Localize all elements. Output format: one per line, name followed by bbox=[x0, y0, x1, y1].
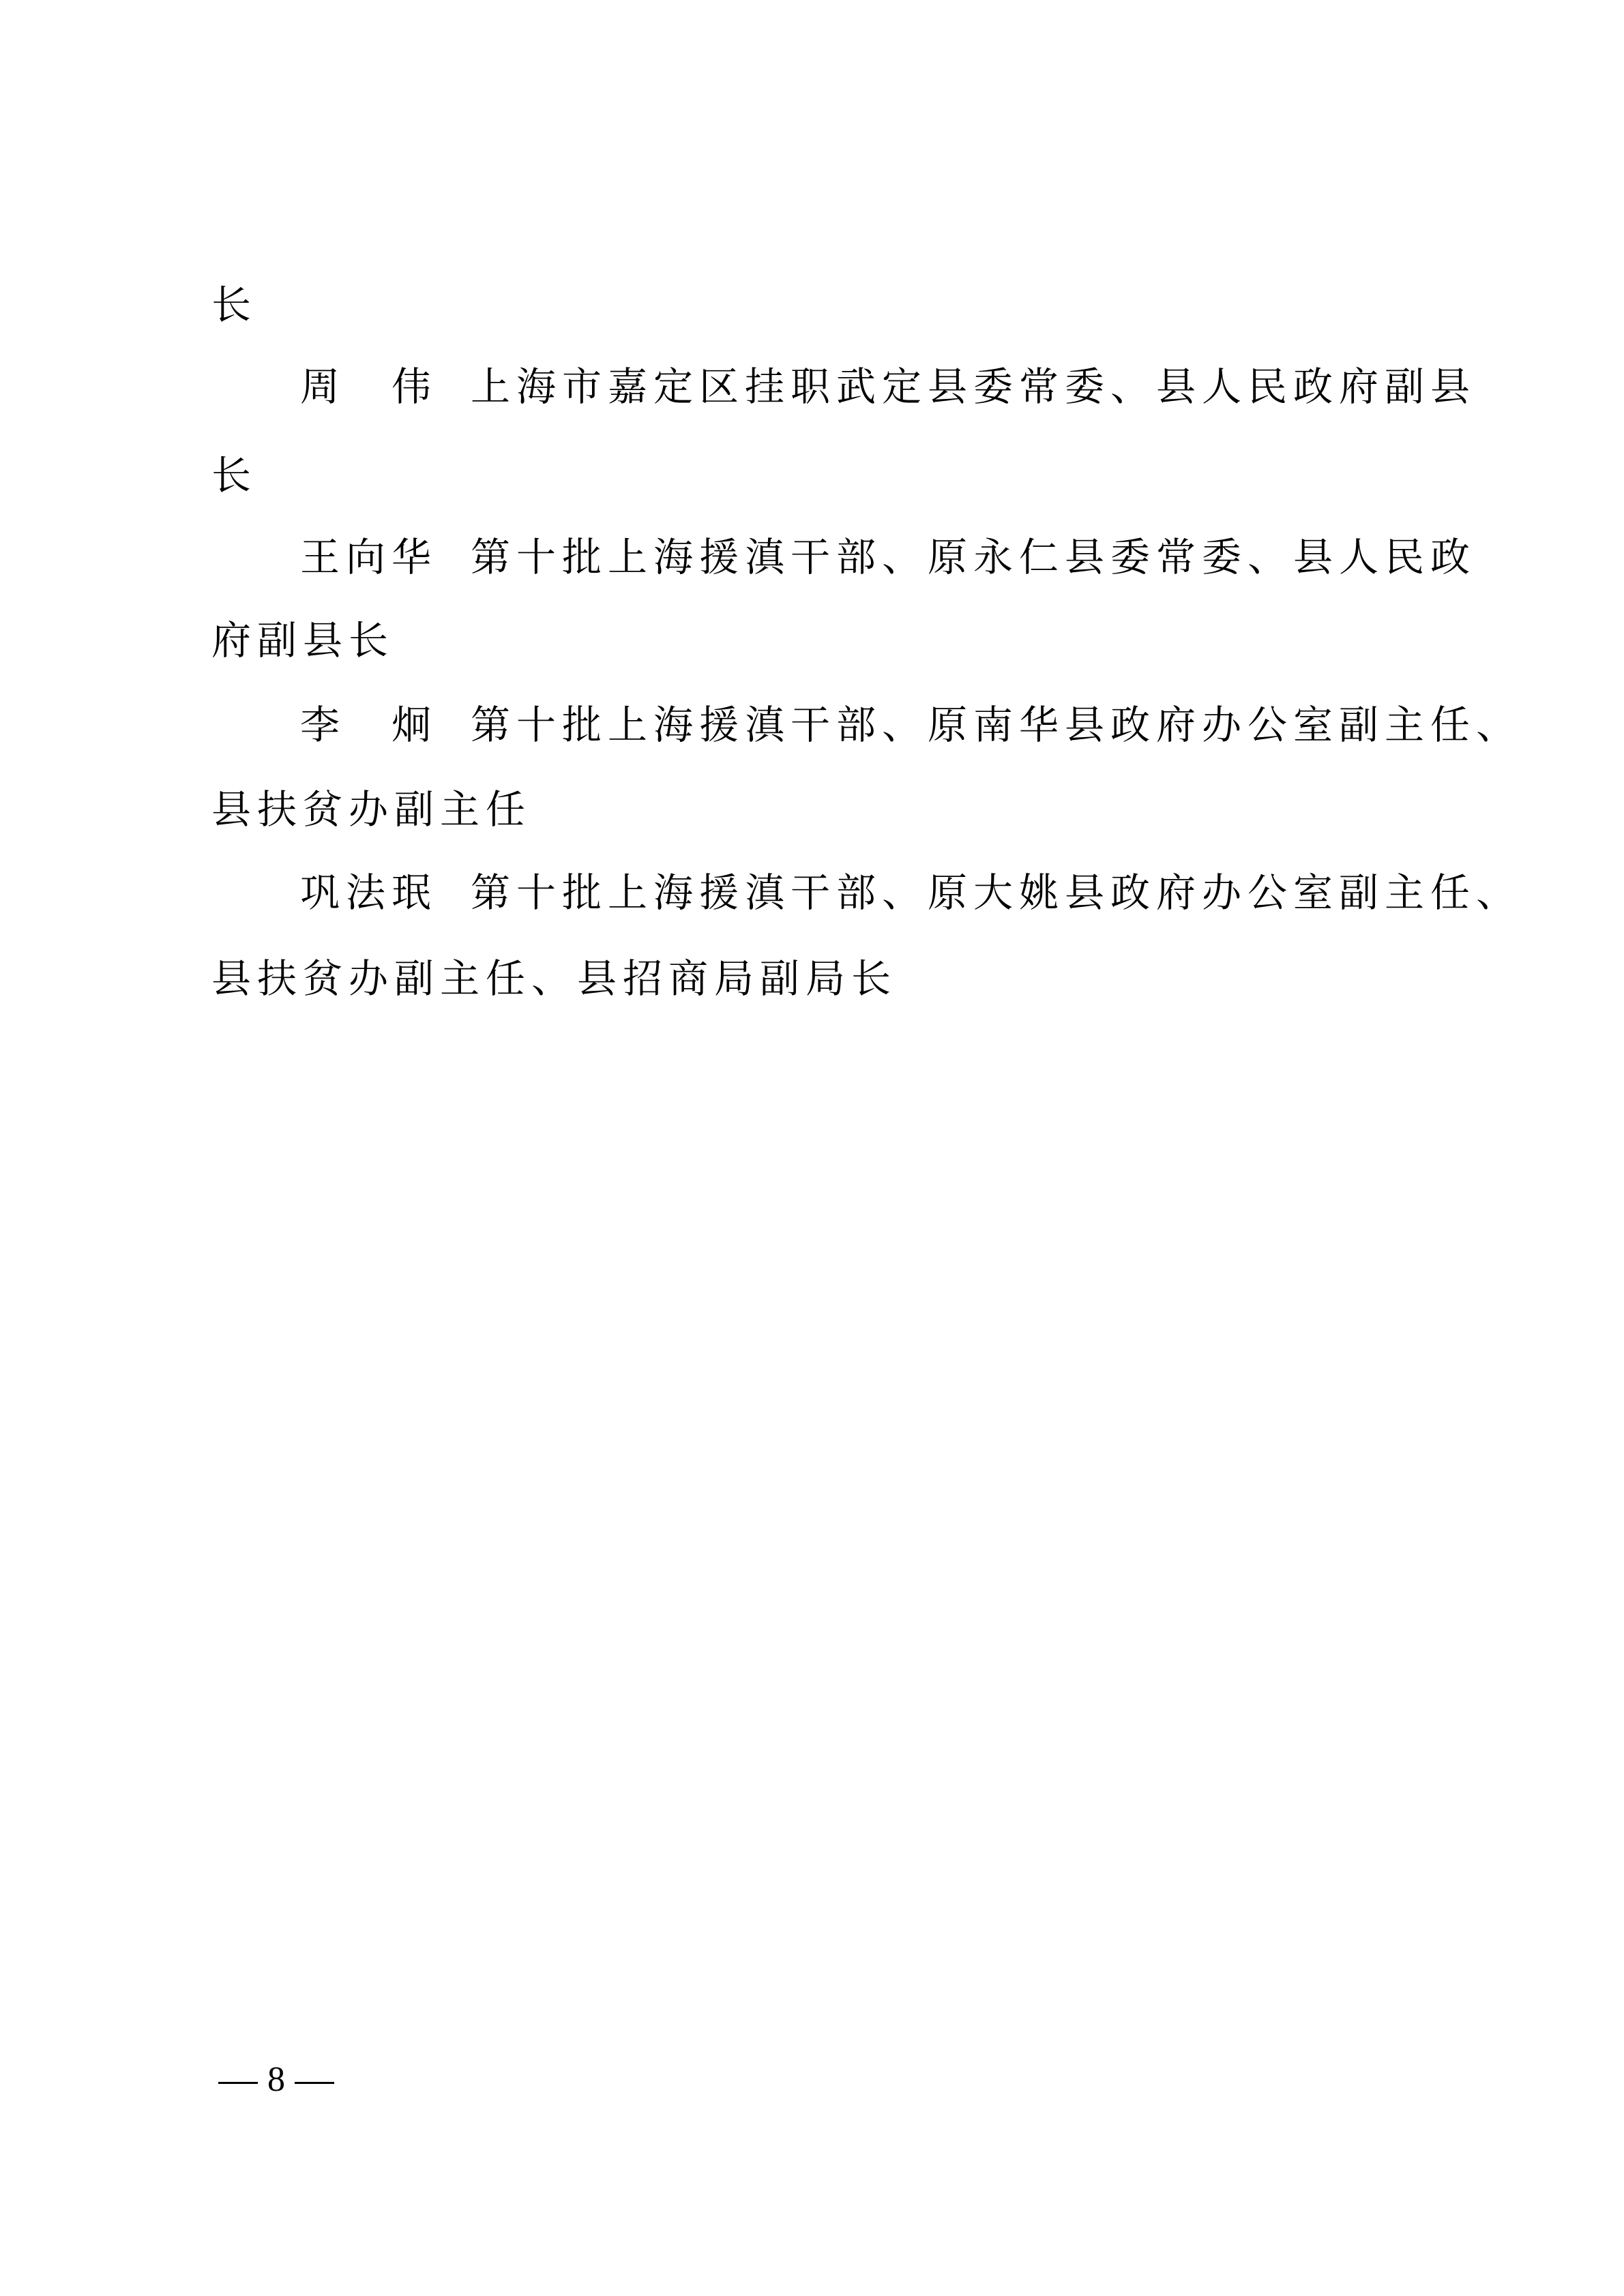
dash-right bbox=[295, 2082, 334, 2084]
position-text: 第十批上海援滇干部、原南华县政府办公室副主任、 bbox=[471, 702, 1522, 748]
position-text: 第十批上海援滇干部、原大姚县政府办公室副主任、 bbox=[471, 869, 1522, 916]
position-text: 上海市嘉定区挂职武定县委常委、县人民政府副县 bbox=[471, 363, 1476, 410]
continuation-line: 长 bbox=[211, 281, 257, 329]
page-number-footer: 8 bbox=[209, 2059, 344, 2100]
continuation-line: 长 bbox=[211, 451, 257, 499]
continuation-line: 县扶贫办副主任 bbox=[211, 786, 531, 833]
person-name: 周 伟 bbox=[300, 363, 471, 411]
entry-line: 王向华第十批上海援滇干部、原永仁县委常委、县人民政 bbox=[300, 533, 1476, 581]
line-text: 长 bbox=[211, 452, 257, 498]
dash-left bbox=[218, 2082, 258, 2084]
line-text: 长 bbox=[211, 282, 257, 328]
continuation-line: 县扶贫办副主任、县招商局副局长 bbox=[211, 955, 897, 1002]
entry-line: 周 伟上海市嘉定区挂职武定县委常委、县人民政府副县 bbox=[300, 363, 1476, 411]
continuation-line: 府副县长 bbox=[211, 616, 394, 664]
entry-line: 巩法珉第十批上海援滇干部、原大姚县政府办公室副主任、 bbox=[300, 869, 1522, 916]
person-name: 王向华 bbox=[300, 533, 471, 581]
person-name: 李 炯 bbox=[300, 701, 471, 749]
entry-line: 李 炯第十批上海援滇干部、原南华县政府办公室副主任、 bbox=[300, 701, 1522, 749]
line-text: 县扶贫办副主任 bbox=[211, 786, 531, 833]
line-text: 县扶贫办副主任、县招商局副局长 bbox=[211, 955, 897, 1002]
position-text: 第十批上海援滇干部、原永仁县委常委、县人民政 bbox=[471, 534, 1476, 580]
person-name: 巩法珉 bbox=[300, 869, 471, 916]
document-page: 长 周 伟上海市嘉定区挂职武定县委常委、县人民政府副县 长 王向华第十批上海援滇… bbox=[0, 0, 1624, 2296]
line-text: 府副县长 bbox=[211, 617, 394, 664]
page-number: 8 bbox=[267, 2060, 285, 2099]
